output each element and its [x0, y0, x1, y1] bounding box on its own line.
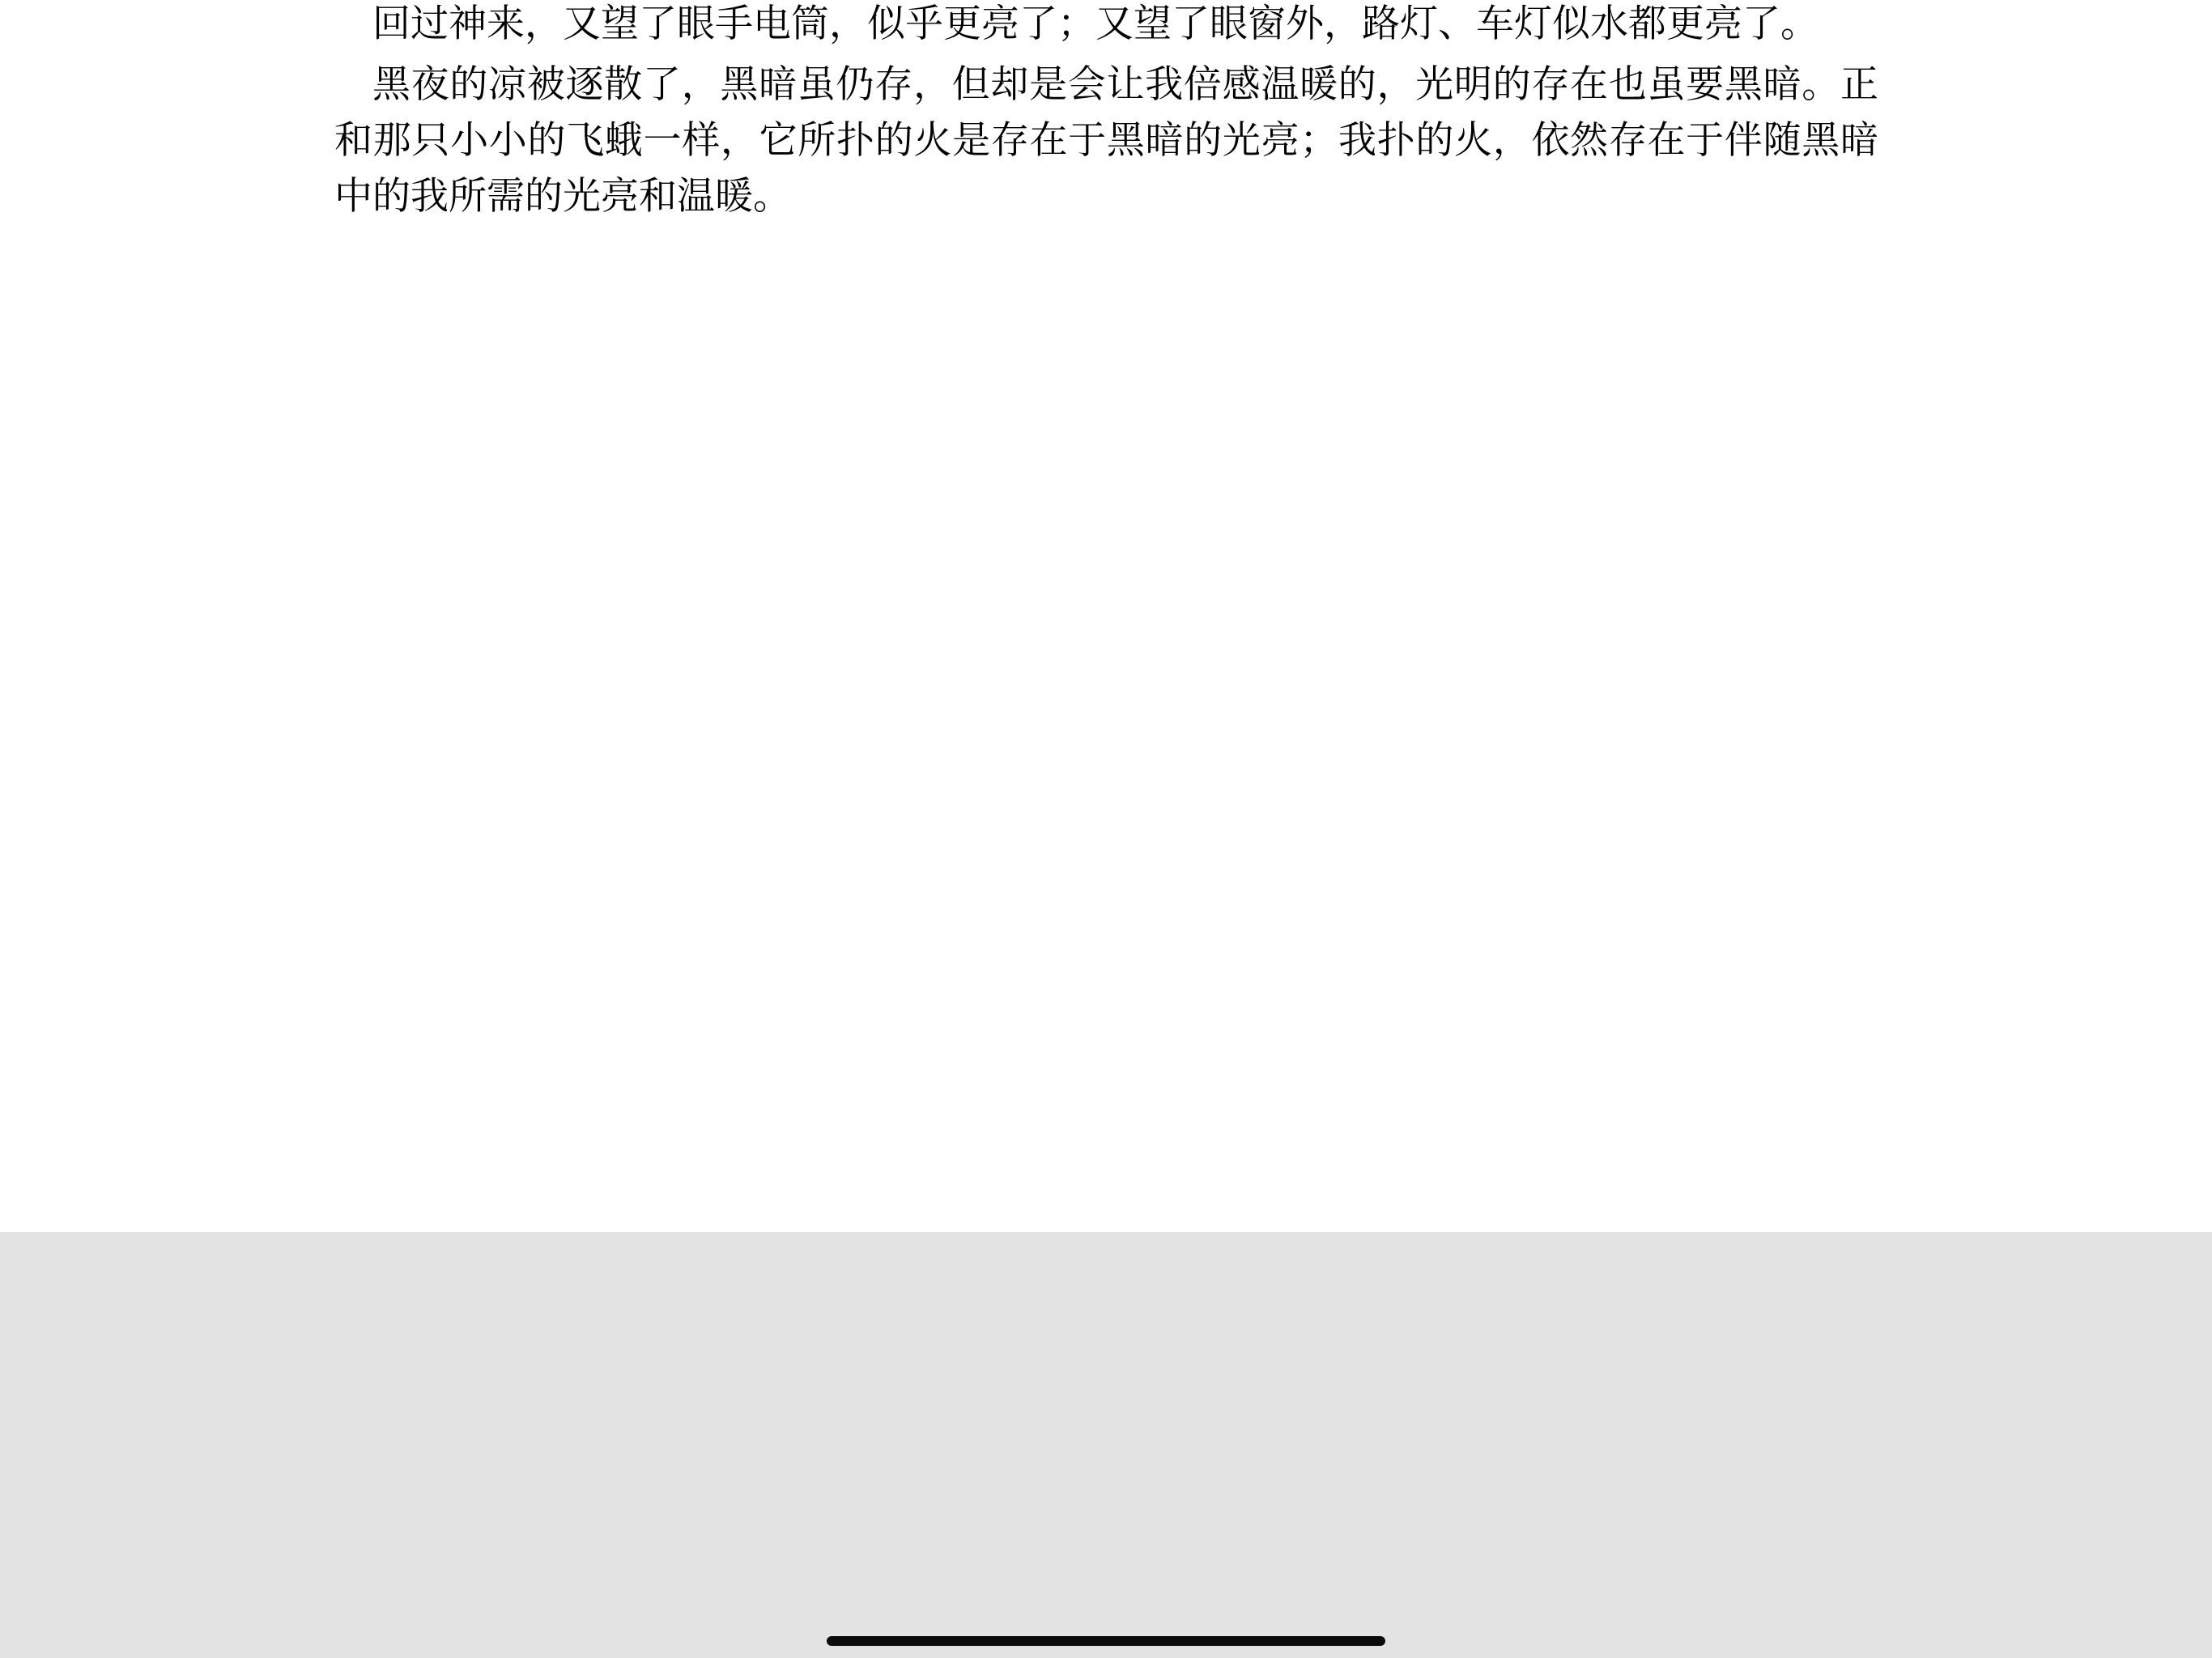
home-indicator-bar[interactable]	[827, 1636, 1385, 1646]
paragraph-1: 回过神来，又望了眼手电筒，似乎更亮了；又望了眼窗外，路灯、车灯似水都更亮了。	[334, 0, 1878, 51]
bottom-panel	[0, 1232, 2212, 1658]
document-text: 回过神来，又望了眼手电筒，似乎更亮了；又望了眼窗外，路灯、车灯似水都更亮了。 黑…	[334, 0, 1878, 228]
reading-page: 回过神来，又望了眼手电筒，似乎更亮了；又望了眼窗外，路灯、车灯似水都更亮了。 黑…	[0, 0, 2212, 1658]
paragraph-2: 黑夜的凉被逐散了，黑暗虽仍存，但却是会让我倍感温暖的，光明的存在也虽要黑暗。正和…	[334, 56, 1878, 223]
